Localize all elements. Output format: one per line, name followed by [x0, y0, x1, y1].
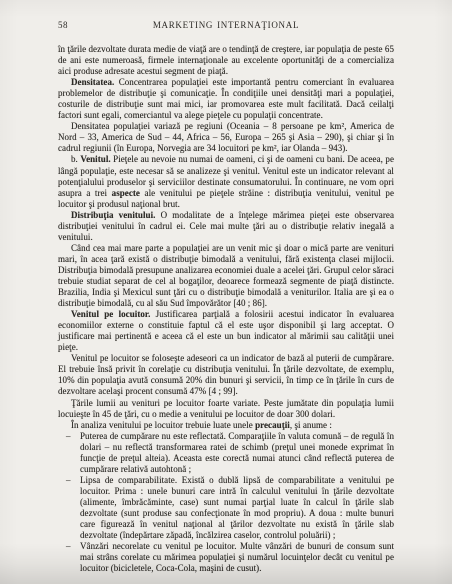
- paragraph: în ţările dezvoltate durata medie de via…: [58, 44, 394, 77]
- bullet-item: –Puterea de cumpărare nu este reflectată…: [58, 431, 394, 475]
- paragraph: În analiza venitului pe locuitor trebuie…: [58, 420, 394, 431]
- bold-text-run: Densitatea.: [71, 77, 114, 87]
- paragraph: Când cea mai mare parte a populaţiei are…: [58, 243, 394, 309]
- bold-text-run: Venitul.: [80, 154, 110, 164]
- text-run: b.: [71, 154, 80, 164]
- bold-text-run: precauţii: [255, 420, 290, 430]
- text-run: în ţările dezvoltate durata medie de via…: [58, 44, 394, 76]
- bullet-dash-icon: –: [66, 431, 71, 442]
- running-title: MARKETING INTERNAŢIONAL: [58, 20, 394, 31]
- text-run: Ţările lumii au venituri pe locuitor foa…: [58, 398, 394, 419]
- scanned-book-page: 58 MARKETING INTERNAŢIONAL în ţările dez…: [0, 0, 452, 584]
- bold-text-run: Venitul pe locuitor.: [71, 309, 150, 319]
- paragraph: Ţările lumii au venituri pe locuitor foa…: [58, 398, 394, 420]
- page-body: în ţările dezvoltate durata medie de via…: [58, 44, 394, 574]
- text-run: , şi anume :: [290, 420, 332, 430]
- paragraph: Densitatea populaţiei variază pe regiuni…: [58, 121, 394, 154]
- bullet-item: –Vânzări necorelate cu venitul pe locuit…: [58, 541, 394, 574]
- bullet-item: –Lipsa de comparabilitate. Există o dubl…: [58, 475, 394, 541]
- text-run: Lipsa de comparabilitate. Există o dublă…: [80, 475, 394, 540]
- paragraph: b. Venitul. Pieţele au nevoie nu numai d…: [58, 154, 394, 209]
- running-head: 58 MARKETING INTERNAŢIONAL: [58, 20, 394, 31]
- paragraph: Venitul pe locuitor. Justificarea parţia…: [58, 309, 394, 353]
- text-run: Puterea de cumpărare nu este reflectată.…: [80, 431, 394, 474]
- text-run: Densitatea populaţiei variază pe regiuni…: [58, 121, 394, 153]
- bold-text-run: aspecte: [112, 188, 140, 198]
- paragraph: Distribuţia venitului. O modalitate de a…: [58, 210, 394, 243]
- text-run: Când cea mai mare parte a populaţiei are…: [58, 243, 394, 308]
- text-run: Venitul pe locuitor se foloseşte adeseor…: [58, 353, 394, 396]
- bullet-dash-icon: –: [66, 541, 71, 552]
- page-number: 58: [58, 20, 68, 31]
- paragraph: Venitul pe locuitor se foloseşte adeseor…: [58, 353, 394, 397]
- text-run: Vânzări necorelate cu venitul pe locuito…: [80, 541, 394, 573]
- text-run: În analiza venitului pe locuitor trebuie…: [71, 420, 255, 430]
- bold-text-run: Distribuţia venitului.: [71, 210, 155, 220]
- paragraph: Densitatea. Concentrarea populaţiei este…: [58, 77, 394, 121]
- bullet-dash-icon: –: [66, 475, 71, 486]
